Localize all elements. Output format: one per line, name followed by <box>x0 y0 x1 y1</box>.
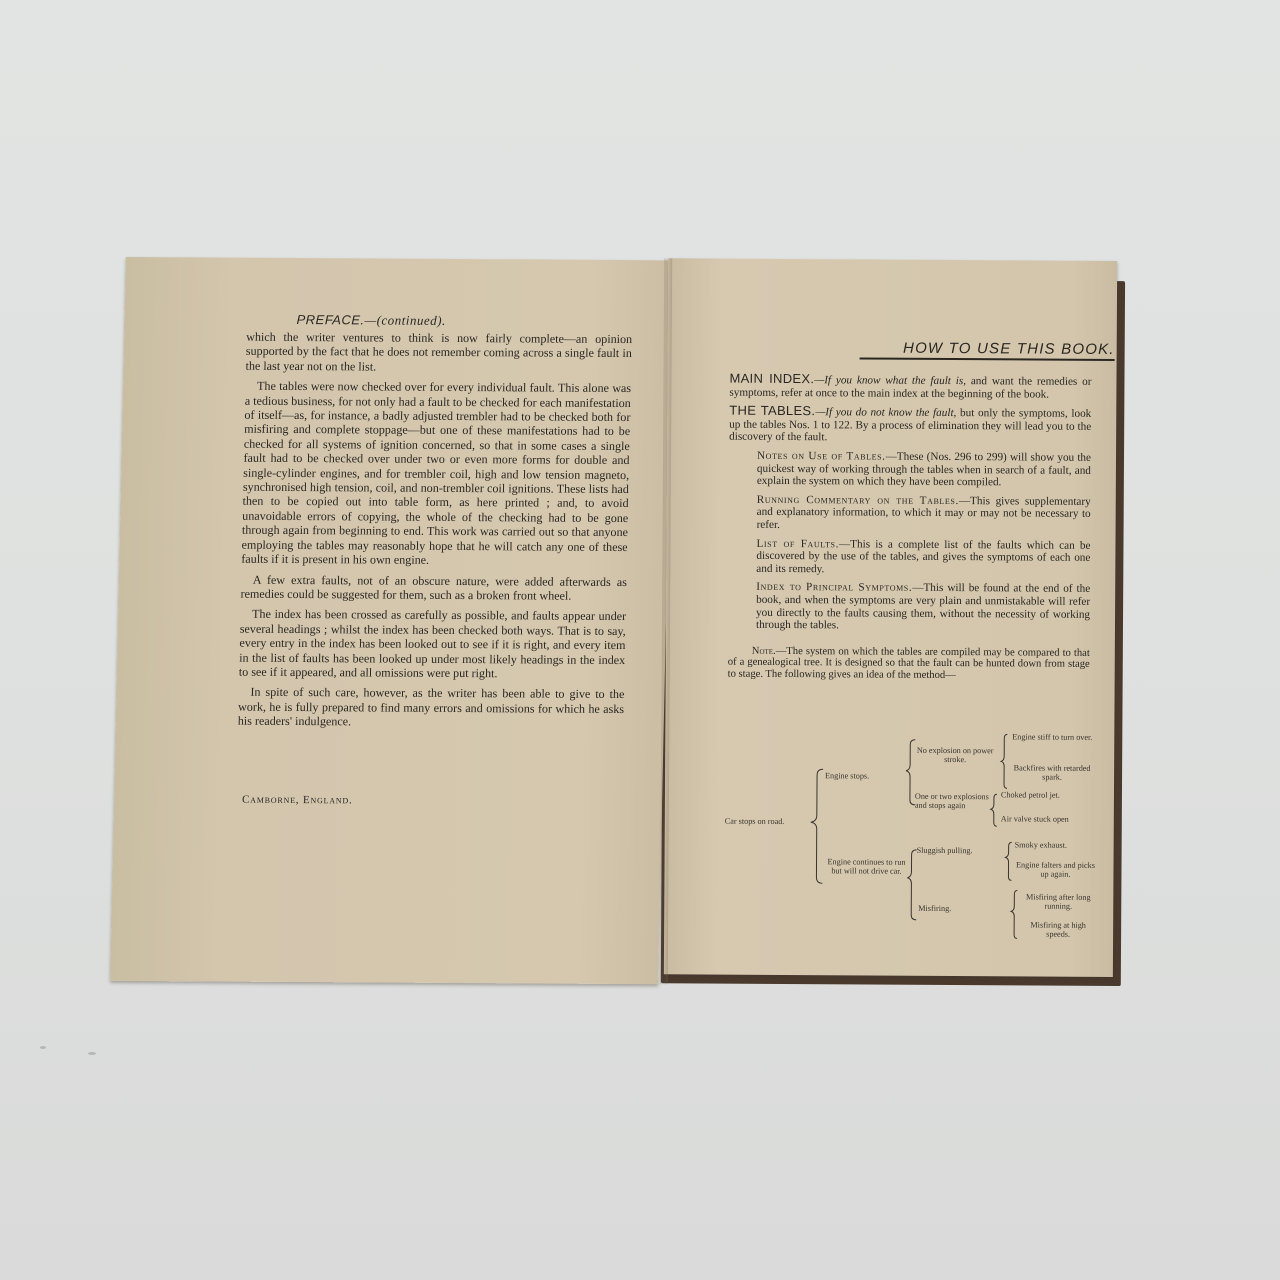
tree-root: Car stops on road. <box>725 817 817 827</box>
tree-node-engine-stops: Engine stops. <box>825 771 895 781</box>
tree-leaf: Misfiring after long running. <box>1020 892 1096 911</box>
note-heading: Note. <box>752 645 776 656</box>
entry-the-tables: THE TABLES.—If you do not know the fault… <box>729 405 1091 446</box>
paragraph: The index has been crossed as carefully … <box>239 607 627 681</box>
sub-entry-commentary: Running Commentary on the Tables.—This g… <box>757 494 1091 534</box>
sub-entry-heading: Running Commentary on the Tables. <box>757 494 959 507</box>
table-speck <box>40 1046 46 1049</box>
running-head: PREFACE.—(continued). <box>296 312 446 329</box>
entry-heading: MAIN INDEX. <box>729 371 814 387</box>
tree-leaf: Backfires with retarded spark. <box>1011 763 1093 782</box>
page-title: HOW TO USE THIS BOOK. <box>860 339 1115 361</box>
sub-entry-heading: Notes on Use of Tables. <box>757 450 886 463</box>
paragraph: In spite of such care, however, as the w… <box>238 685 625 731</box>
tree-node-one-or-two-explosions: One or two explosions and stops again <box>915 792 991 811</box>
sub-entry-heading: Index to Principal Symptoms. <box>756 581 912 594</box>
tree-leaf: Air valve stuck open <box>1001 814 1097 824</box>
entry-italic: —If you do not know the fault, <box>815 406 956 419</box>
sub-entry-heading: List of Faults. <box>756 537 839 550</box>
left-page: PREFACE.—(continued). which the writer v… <box>110 257 674 984</box>
entry-heading: THE TABLES. <box>729 403 815 419</box>
running-head-suffix: —(continued). <box>364 312 446 327</box>
tree-node-engine-continues: Engine continues to run but will not dri… <box>824 857 908 876</box>
entry-main-index: MAIN INDEX.—If you know what the fault i… <box>729 373 1091 401</box>
running-head-title: PREFACE. <box>296 312 364 327</box>
tree-node-misfiring: Misfiring. <box>918 904 978 914</box>
tree-leaf: Engine falters and picks up again. <box>1014 860 1096 879</box>
sub-entry-list-of-faults: List of Faults.—This is a complete list … <box>756 537 1090 577</box>
table-speck <box>88 1052 96 1055</box>
tree-leaf: Misfiring at high speeds. <box>1020 920 1096 939</box>
entry-italic: —If you know what the fault is, <box>814 374 966 387</box>
tree-leaf: Smoky exhaust. <box>1015 840 1095 850</box>
paragraph: A few extra faults, not of an obscure na… <box>240 572 627 603</box>
how-to-use-body: MAIN INDEX.—If you know what the fault i… <box>728 373 1092 683</box>
sub-entry-notes: Notes on Use of Tables.—These (Nos. 296 … <box>757 450 1091 490</box>
signature-place: Camborne, England. <box>242 794 353 807</box>
paragraph: The tables were now checked over for eve… <box>241 379 631 569</box>
open-book: PREFACE.—(continued). which the writer v… <box>116 255 1124 988</box>
tree-node-sluggish-pulling: Sluggish pulling. <box>917 846 997 856</box>
preface-body: which the writer ventures to think is no… <box>238 330 633 737</box>
tree-leaf: Engine stiff to turn over. <box>1011 732 1093 742</box>
sub-entry-index-symptoms: Index to Principal Symptoms.—This will b… <box>756 581 1090 633</box>
paragraph: which the writer ventures to think is no… <box>245 330 632 376</box>
note-text: —The system on which the tables are comp… <box>728 646 1090 682</box>
tree-leaf: Choked petrol jet. <box>1001 790 1091 800</box>
tree-node-no-explosion: No explosion on power stroke. <box>915 746 995 765</box>
right-page: HOW TO USE THIS BOOK. MAIN INDEX.—If you… <box>664 258 1117 977</box>
fault-tree-diagram: Car stops on road. Engine stops. Engine … <box>724 729 1105 951</box>
note-paragraph: Note.—The system on which the tables are… <box>728 645 1090 683</box>
